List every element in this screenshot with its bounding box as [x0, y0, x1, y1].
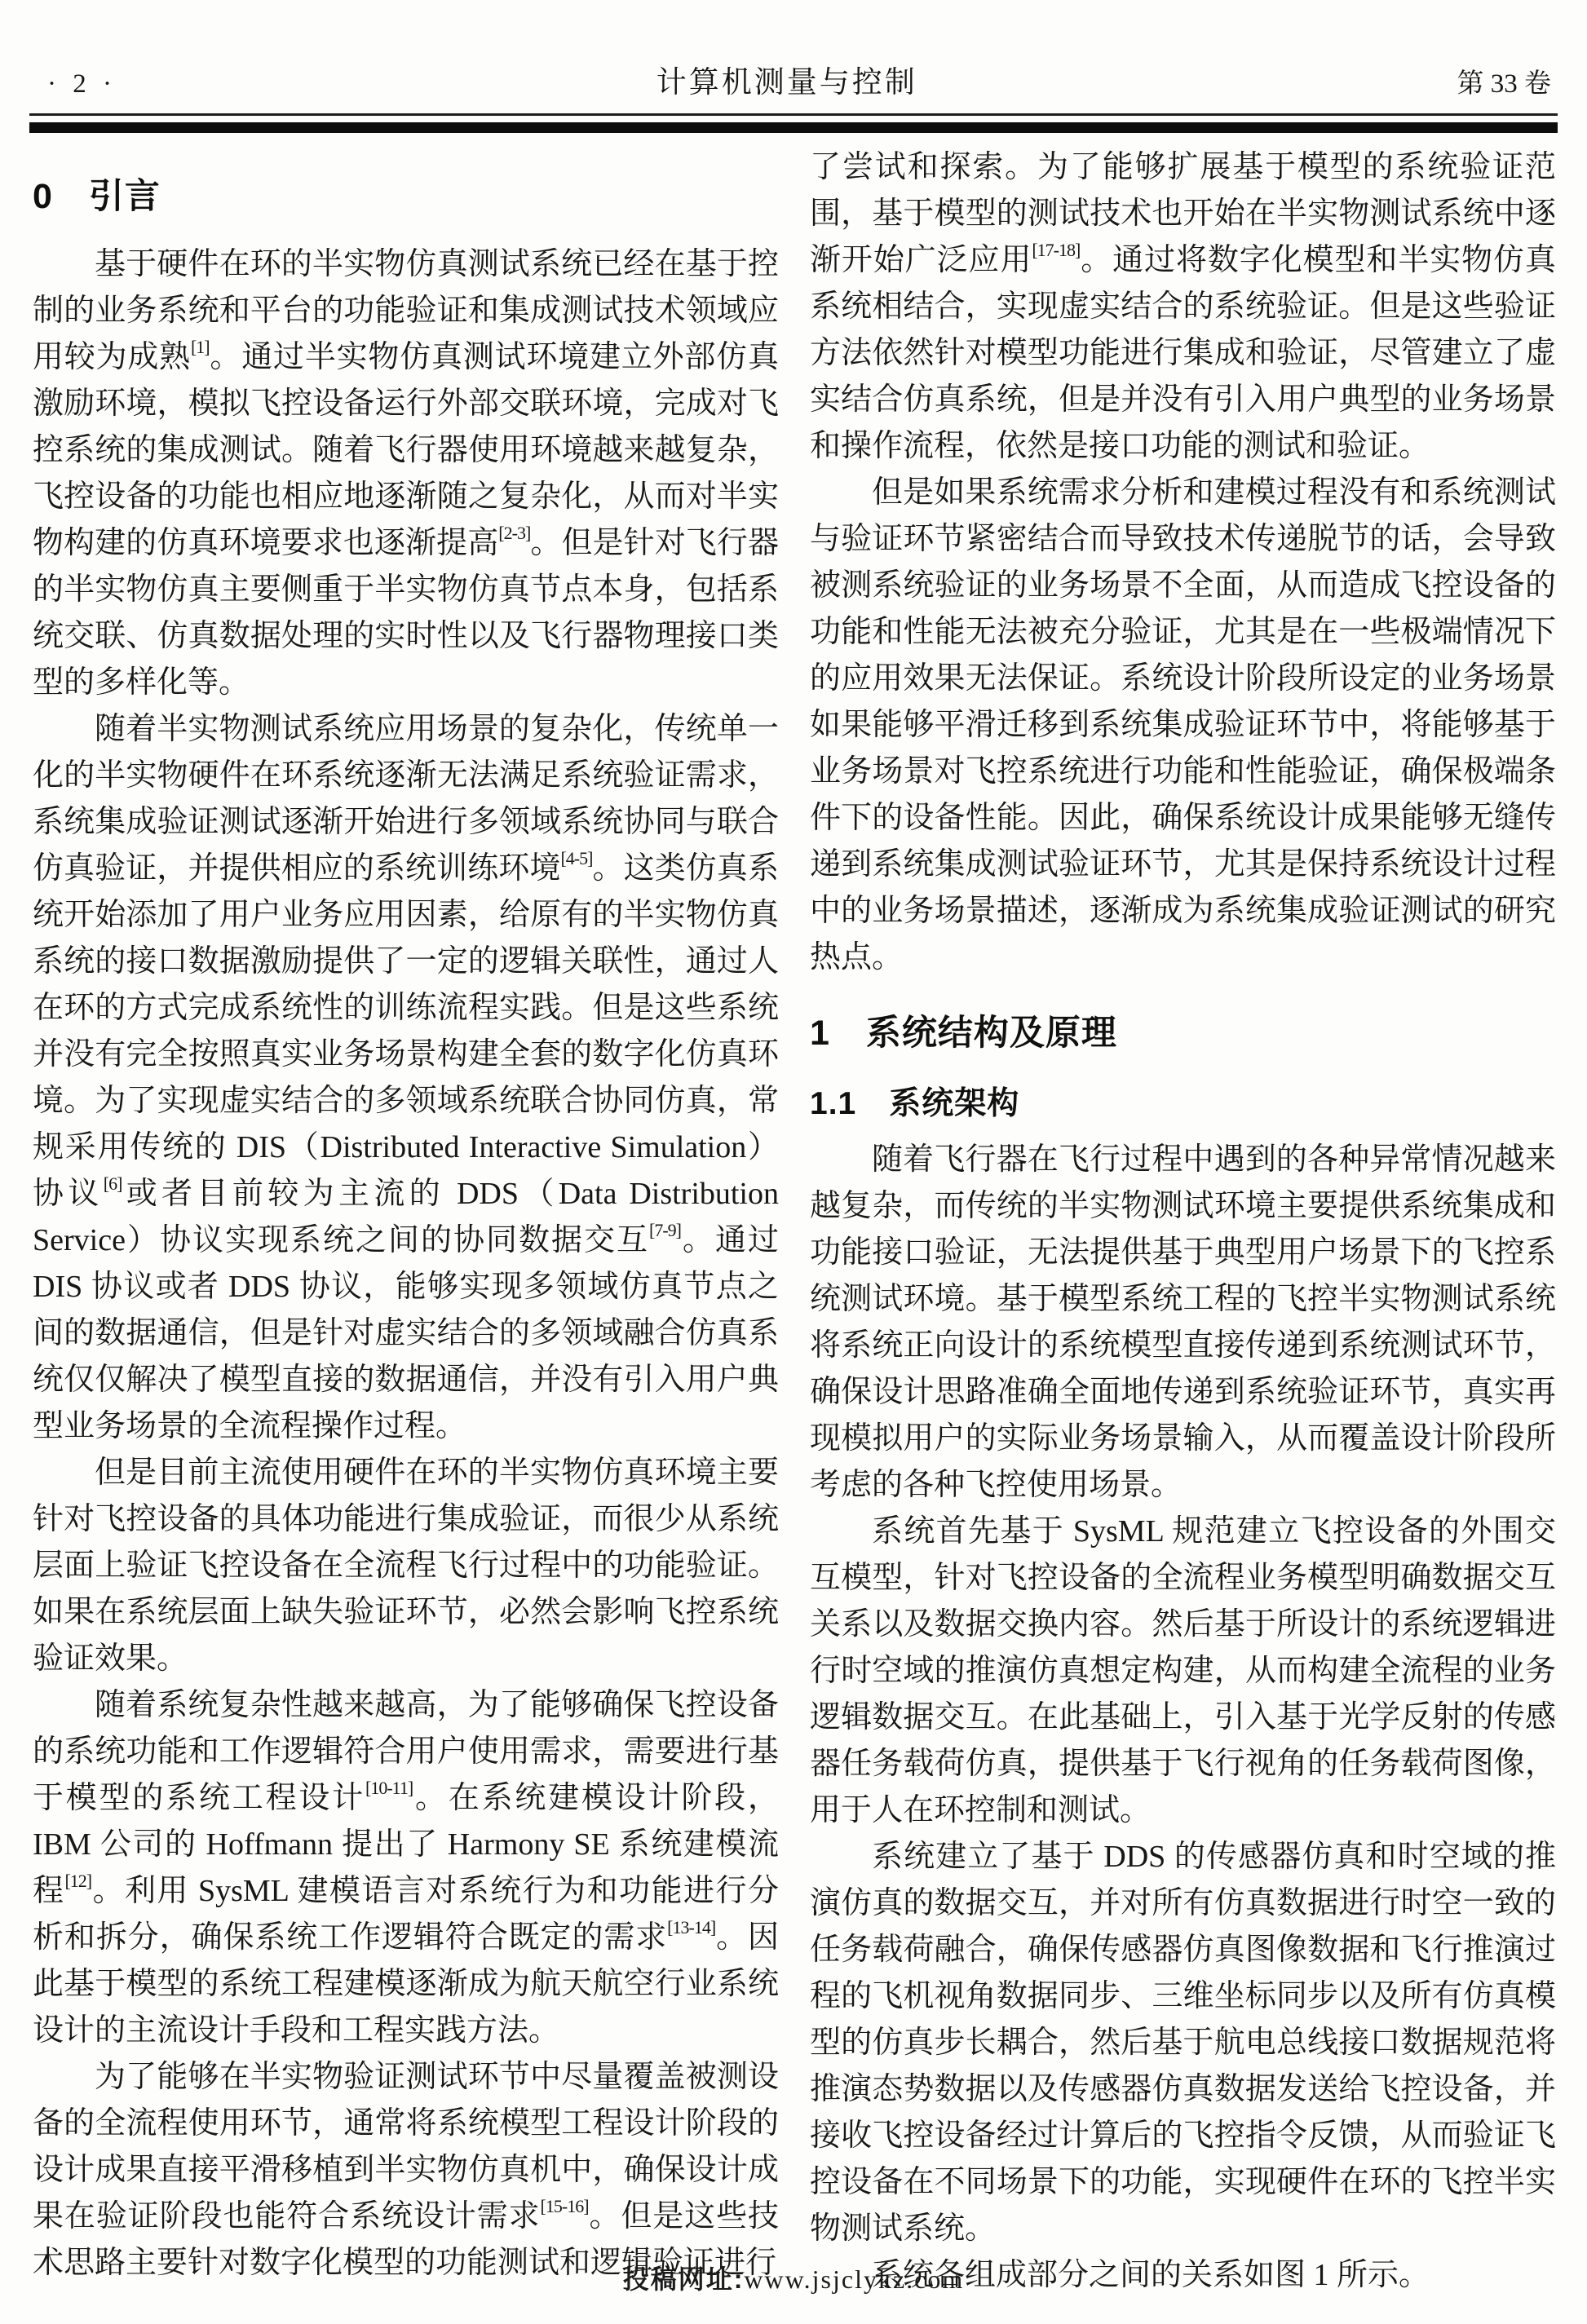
journal-title: 计算机测量与控制: [656, 57, 917, 101]
citation-ref: [15-16]: [541, 2196, 589, 2216]
left-column: 0 引言 基于硬件在环的半实物仿真测试系统已经在基于控制的业务系统和平台的功能验…: [33, 144, 779, 2299]
citation-ref: [6]: [104, 1173, 122, 1194]
paragraph: 随着半实物测试系统应用场景的复杂化，传统单一化的半实物硬件在环系统逐渐无法满足系…: [33, 706, 779, 1450]
page-header: · 2 · 计算机测量与控制 第 33 卷: [0, 0, 1587, 101]
citation-ref: [10-11]: [365, 1778, 413, 1798]
header-rule-thick: [29, 122, 1558, 133]
paragraph: 随着系统复杂性越来越高，为了能够确保飞控设备的系统功能和工作逻辑符合用户使用需求…: [33, 1682, 779, 2054]
right-column-text-section: 随着飞行器在飞行过程中遇到的各种异常情况越来越复杂，而传统的半实物测试环境主要提…: [810, 1137, 1556, 2299]
citation-ref: [1]: [191, 337, 210, 357]
citation-ref: [13-14]: [667, 1917, 715, 1937]
paragraph: 但是目前主流使用硬件在环的半实物仿真环境主要针对飞控设备的具体功能进行集成验证，…: [33, 1450, 779, 1682]
volume-label: 第 33 卷: [1457, 62, 1551, 100]
citation-ref: [12]: [64, 1871, 91, 1891]
page-number: · 2 ·: [47, 69, 117, 99]
page-footer: 投稿网址:www.jsjclykz.com: [0, 2259, 1587, 2296]
paragraph: 随着飞行器在飞行过程中遇到的各种异常情况越来越复杂，而传统的半实物测试环境主要提…: [810, 1137, 1556, 1509]
section-heading-intro: 0 引言: [33, 169, 779, 219]
header-rule-thin: [29, 113, 1558, 116]
right-column: 了尝试和探索。为了能够扩展基于模型的系统验证范围，基于模型的测试技术也开始在半实…: [810, 144, 1556, 2299]
paragraph: 基于硬件在环的半实物仿真测试系统已经在基于控制的业务系统和平台的功能验证和集成测…: [33, 241, 779, 706]
citation-ref: [17-18]: [1032, 240, 1080, 260]
footer-label: 投稿网址:: [623, 2264, 745, 2294]
paragraph: 但是如果系统需求分析和建模过程没有和系统测试与验证环节紧密结合而导致技术传递脱节…: [810, 470, 1556, 981]
citation-ref: [2-3]: [498, 523, 530, 543]
right-column-text-top: 了尝试和探索。为了能够扩展基于模型的系统验证范围，基于模型的测试技术也开始在半实…: [810, 144, 1556, 981]
journal-page: · 2 · 计算机测量与控制 第 33 卷 0 引言 基于硬件在环的半实物仿真测…: [0, 0, 1587, 2324]
section-heading-1: 1 系统结构及原理: [810, 1005, 1556, 1055]
paragraph: 为了能够在半实物验证测试环节中尽量覆盖被测设备的全流程使用环节，通常将系统模型工…: [33, 2054, 779, 2286]
section-heading-1-1: 1.1 系统架构: [810, 1078, 1556, 1124]
left-column-text: 基于硬件在环的半实物仿真测试系统已经在基于控制的业务系统和平台的功能验证和集成测…: [33, 241, 779, 2286]
article-body: 0 引言 基于硬件在环的半实物仿真测试系统已经在基于控制的业务系统和平台的功能验…: [0, 133, 1587, 2299]
paragraph: 系统首先基于 SysML 规范建立飞控设备的外围交互模型，针对飞控设备的全流程业…: [810, 1509, 1556, 1834]
citation-ref: [4-5]: [560, 848, 592, 868]
paragraph: 系统建立了基于 DDS 的传感器仿真和时空域的推演仿真的数据交互，并对所有仿真数…: [810, 1834, 1556, 2252]
paragraph: 了尝试和探索。为了能够扩展基于模型的系统验证范围，基于模型的测试技术也开始在半实…: [810, 144, 1556, 470]
footer-url: www.jsjclykz.com: [744, 2264, 964, 2294]
citation-ref: [7-9]: [649, 1220, 681, 1240]
